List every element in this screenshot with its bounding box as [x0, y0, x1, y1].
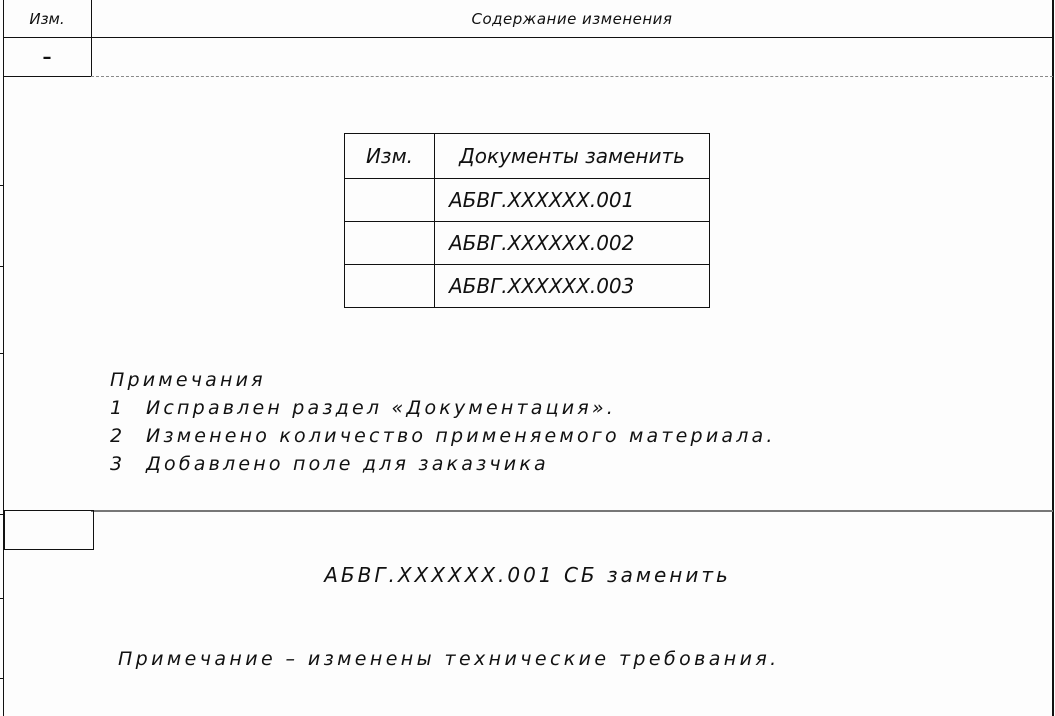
table-cell-document: АБВГ.XXXXXX.001	[435, 179, 710, 222]
margin-tick	[0, 185, 4, 186]
table-cell-document: АБВГ.XXXXXX.003	[435, 265, 710, 308]
note-number: 3	[110, 450, 146, 478]
note-item: 3Добавлено поле для заказчика	[110, 450, 776, 478]
first-row-izm-value: –	[3, 38, 91, 76]
table-header-izm: Изм.	[345, 134, 435, 179]
bottom-note-text: Примечание – изменены технические требов…	[118, 648, 780, 670]
note-text: Исправлен раздел «Документация».	[146, 397, 616, 419]
right-border	[1052, 0, 1054, 716]
margin-tick	[0, 353, 4, 354]
notes-title: Примечания	[110, 366, 776, 394]
note-number: 2	[110, 422, 146, 450]
note-text: Изменено количество применяемого материа…	[146, 425, 776, 447]
izm-cell-bottom-line	[3, 76, 91, 77]
margin-tick	[0, 266, 4, 267]
table-header-row: Изм. Документы заменить	[345, 134, 710, 179]
header-izm-label: Изм.	[3, 0, 91, 37]
note-item: 1Исправлен раздел «Документация».	[110, 394, 776, 422]
notes-block: Примечания 1Исправлен раздел «Документац…	[110, 366, 776, 478]
note-number: 1	[110, 394, 146, 422]
table-cell-document: АБВГ.XXXXXX.002	[435, 222, 710, 265]
margin-tick	[0, 598, 4, 599]
table-header-documents: Документы заменить	[435, 134, 710, 179]
section2-izm-cell	[3, 510, 94, 550]
table-cell-izm	[345, 265, 435, 308]
row-separator-dashed	[91, 76, 1053, 77]
margin-tick	[0, 678, 4, 679]
table-cell-izm	[345, 179, 435, 222]
documents-replace-table: Изм. Документы заменить АБВГ.XXXXXX.001 …	[344, 133, 710, 308]
note-item: 2Изменено количество применяемого матери…	[110, 422, 776, 450]
table-row: АБВГ.XXXXXX.003	[345, 265, 710, 308]
left-border	[3, 0, 4, 716]
note-text: Добавлено поле для заказчика	[146, 453, 549, 475]
header-content-label: Содержание изменения	[91, 0, 1053, 37]
replace-document-text: АБВГ.XXXXXX.001 СБ заменить	[0, 563, 1055, 587]
table-row: АБВГ.XXXXXX.002	[345, 222, 710, 265]
section-divider-line	[91, 510, 1053, 512]
table-cell-izm	[345, 222, 435, 265]
table-row: АБВГ.XXXXXX.001	[345, 179, 710, 222]
header-bottom-line	[3, 37, 1053, 38]
